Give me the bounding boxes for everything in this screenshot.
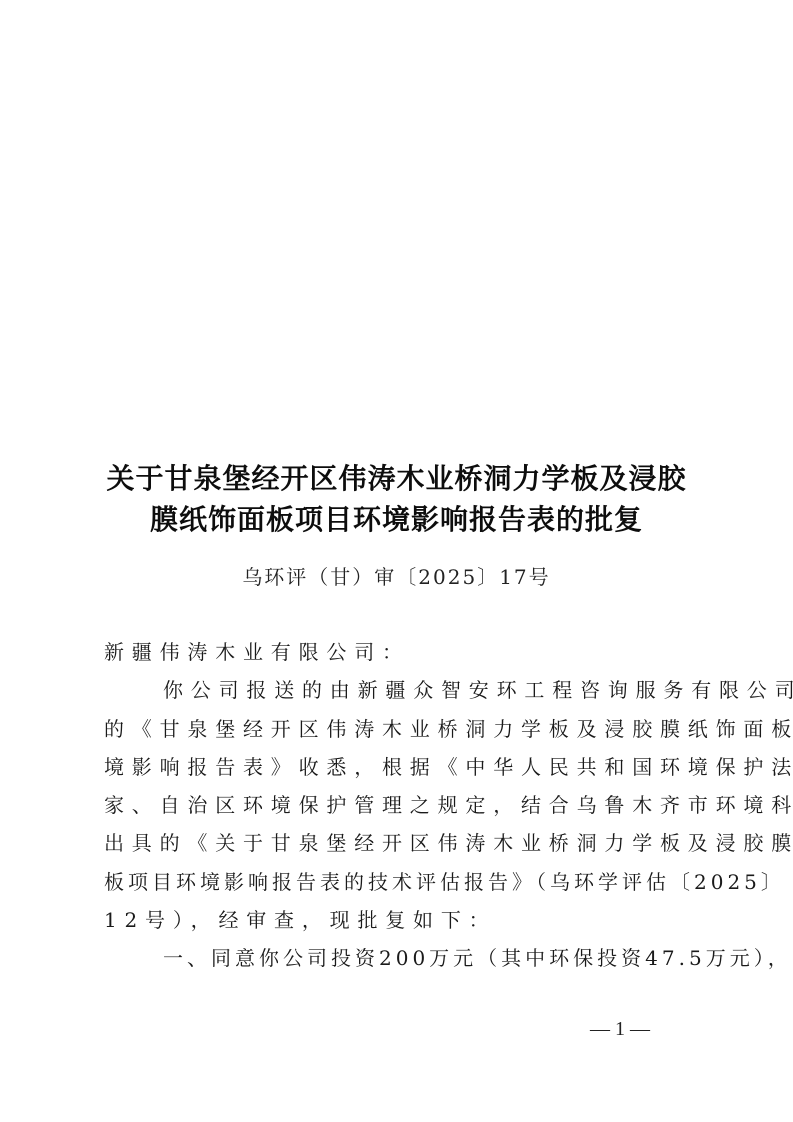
body-line-5: 出具的《关于甘泉堡经开区伟涛木业桥洞力学板及浸胶膜纸饰面 bbox=[104, 824, 696, 862]
body-line-7: 12号），经审查，现批复如下： bbox=[104, 901, 696, 939]
body-line-2: 的《甘泉堡经开区伟涛木业桥洞力学板及浸胶膜纸饰面板项目环 bbox=[104, 710, 696, 748]
body-line-4: 家、自治区环境保护管理之规定，结合乌鲁木齐市环境科学学会 bbox=[104, 786, 696, 824]
document-title: 关于甘泉堡经开区伟涛木业桥洞力学板及浸胶 膜纸饰面板项目环境影响报告表的批复 bbox=[60, 458, 733, 540]
document-number: 乌环评（甘）审〔2025〕17号 bbox=[0, 562, 793, 592]
body-line-6: 板项目环境影响报告表的技术评估报告》（乌环学评估〔2025〕 bbox=[104, 863, 696, 901]
title-line-2: 膜纸饰面板项目环境影响报告表的批复 bbox=[60, 499, 733, 540]
addressee: 新疆伟涛木业有限公司： bbox=[104, 633, 696, 671]
body-line-3: 境影响报告表》收悉，根据《中华人民共和国环境保护法》及国 bbox=[104, 748, 696, 786]
title-line-1: 关于甘泉堡经开区伟涛木业桥洞力学板及浸胶 bbox=[60, 458, 733, 499]
body-line-8: 一、同意你公司投资200万元（其中环保投资47.5万元）， bbox=[104, 939, 696, 977]
page-number: — 1 — bbox=[590, 1014, 650, 1044]
document-body: 新疆伟涛木业有限公司： 你公司报送的由新疆众智安环工程咨询服务有限公司编制 的《… bbox=[104, 633, 696, 978]
document-page: 关于甘泉堡经开区伟涛木业桥洞力学板及浸胶 膜纸饰面板项目环境影响报告表的批复 乌… bbox=[0, 0, 793, 1122]
body-line-1: 你公司报送的由新疆众智安环工程咨询服务有限公司编制 bbox=[104, 671, 696, 709]
